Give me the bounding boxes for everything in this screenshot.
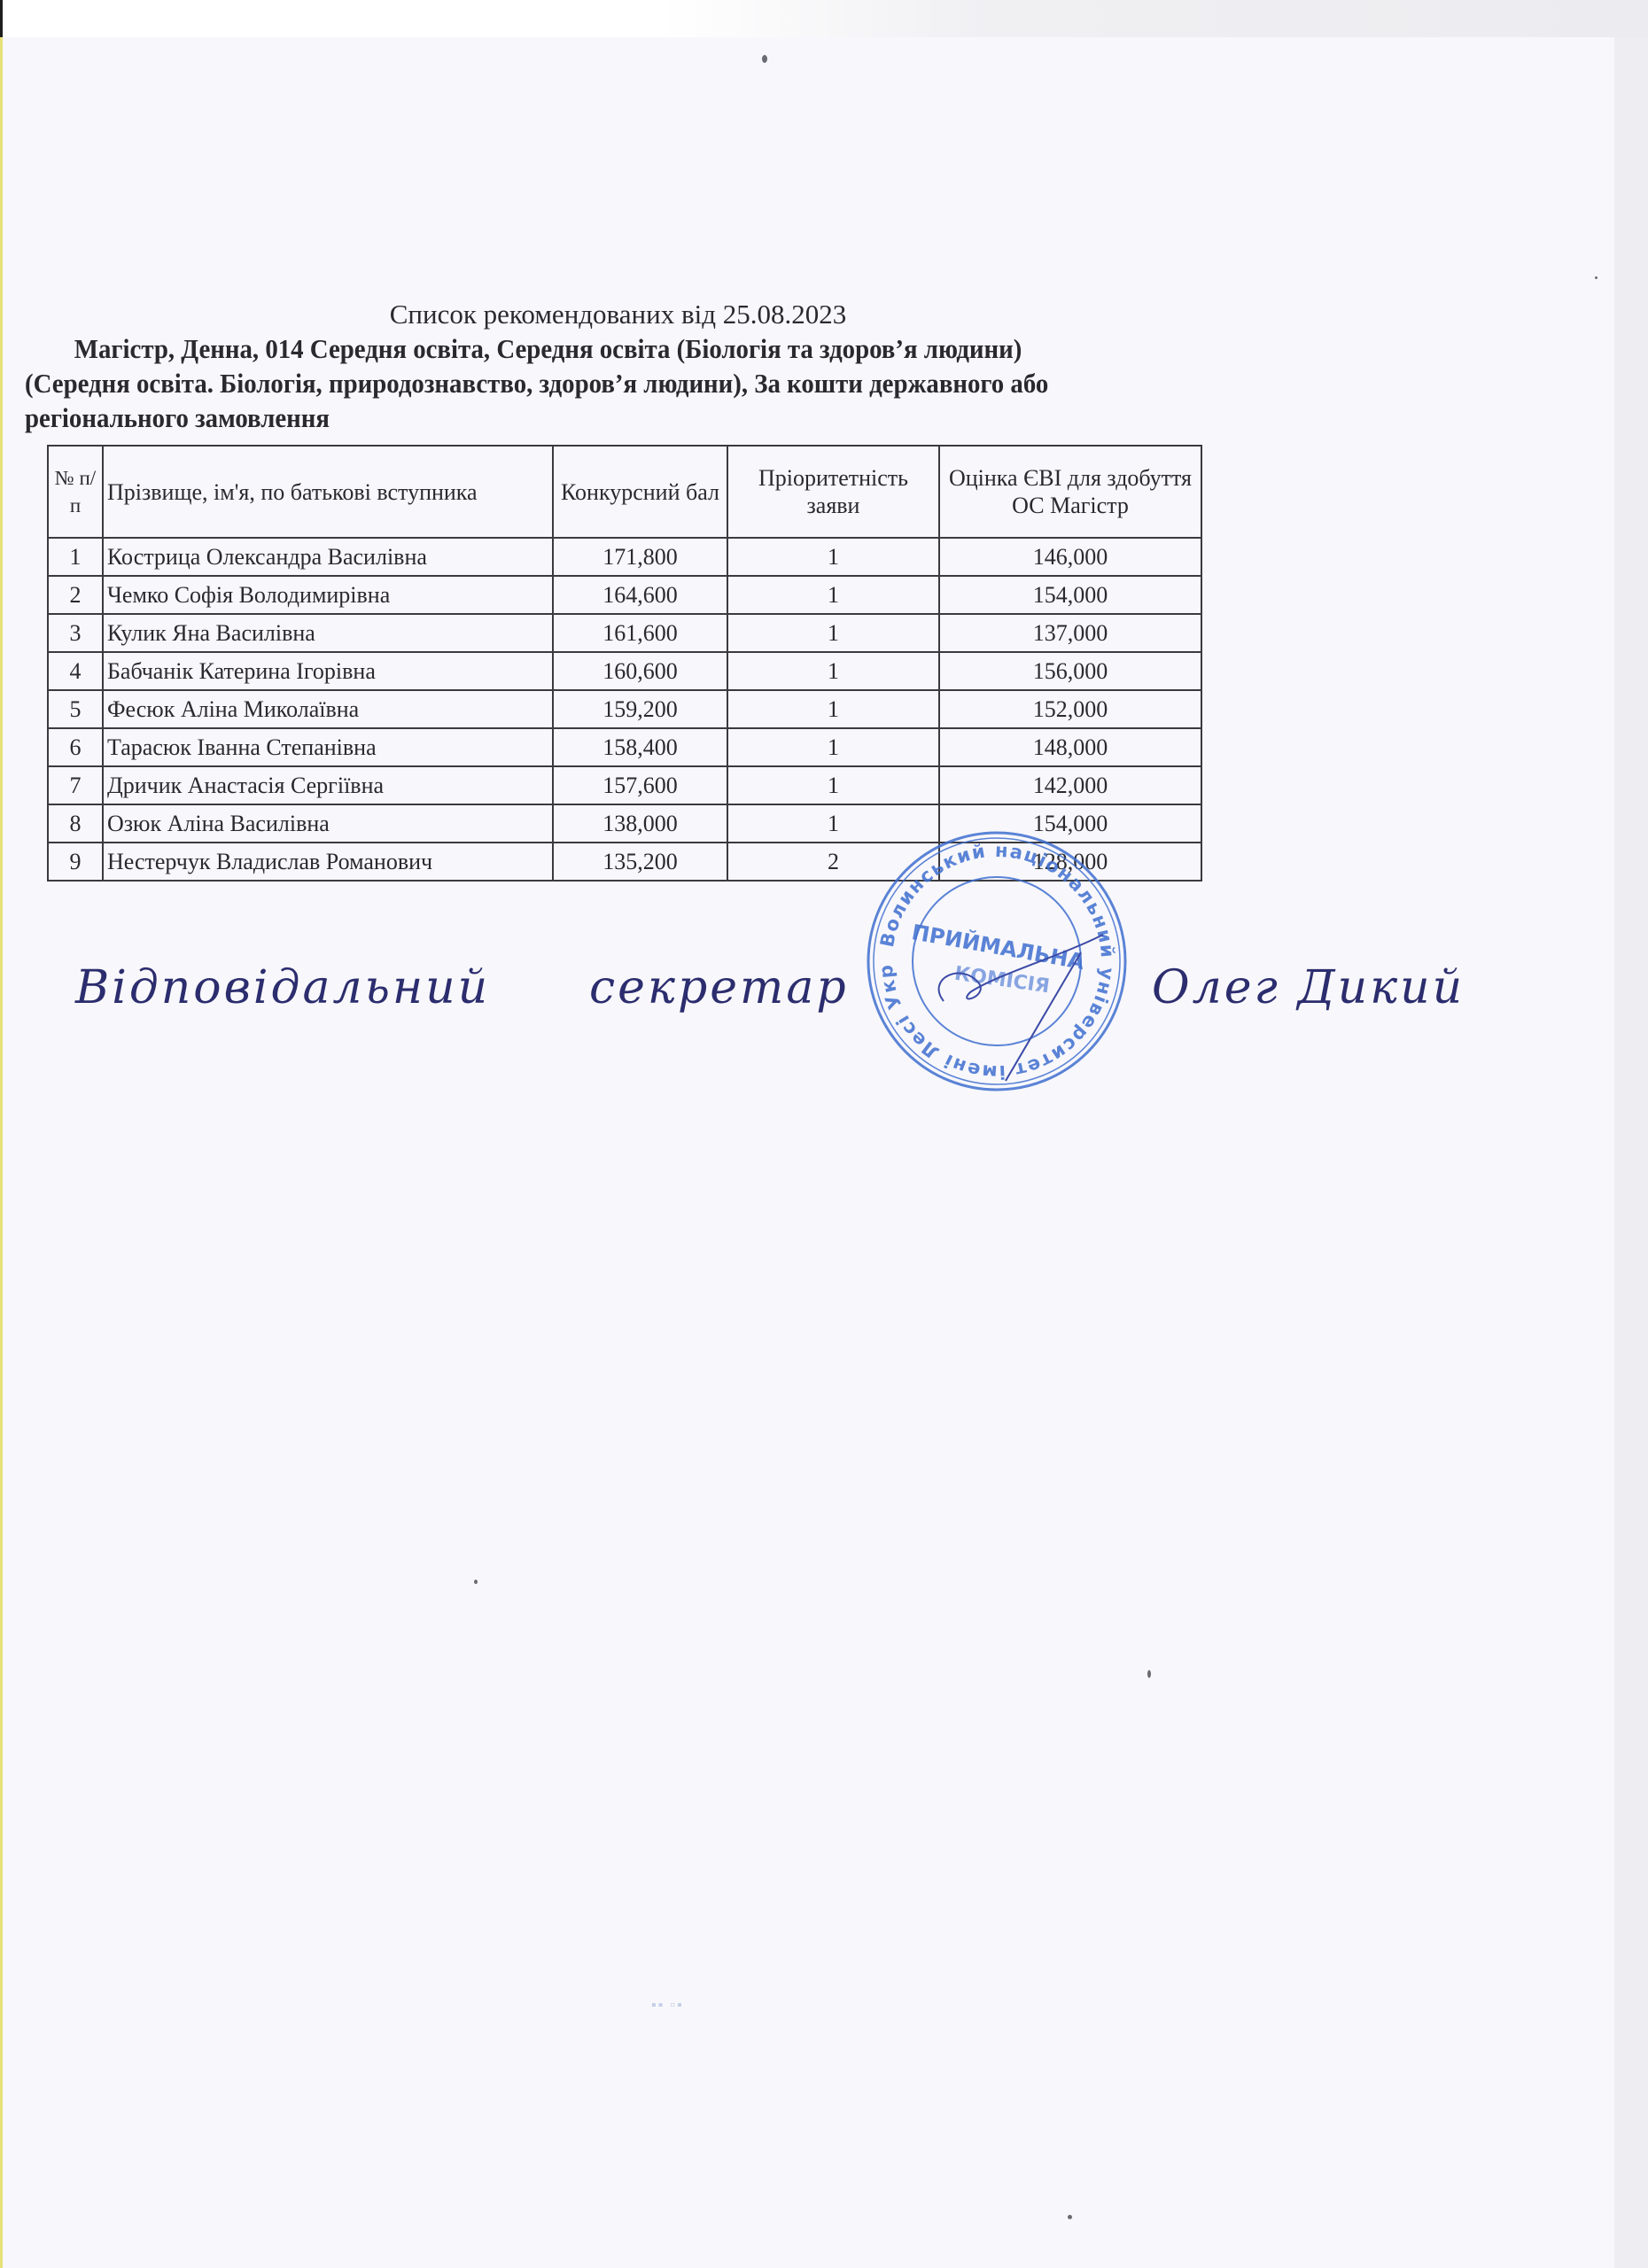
row-score: 171,800 — [553, 538, 727, 576]
row-num: 1 — [48, 538, 103, 576]
row-num: 6 — [48, 728, 103, 766]
header-evi: Оцінка ЄВІ для здобуття ОС Магістр — [939, 446, 1201, 538]
signature-name: Олег Дикий — [1152, 961, 1465, 1014]
signature-title: секретар — [589, 961, 849, 1014]
row-score: 138,000 — [553, 804, 727, 843]
row-score: 161,600 — [553, 614, 727, 652]
row-name: Фесюк Аліна Миколаївна — [103, 690, 553, 728]
row-name: Кострица Олександра Василівна — [103, 538, 553, 576]
table-row: 7Дричик Анастасія Сергіївна157,6001142,0… — [48, 766, 1201, 804]
row-priority: 1 — [727, 614, 939, 652]
row-num: 8 — [48, 804, 103, 843]
row-evi: 152,000 — [939, 690, 1201, 728]
row-score: 164,600 — [553, 576, 727, 614]
row-name: Тарасюк Іванна Степанівна — [103, 728, 553, 766]
row-num: 9 — [48, 843, 103, 881]
row-num: 4 — [48, 652, 103, 690]
table-header-row: № п/п Прізвище, ім'я, по батькові вступн… — [48, 446, 1201, 538]
table-row: 3Кулик Яна Василівна161,6001137,000 — [48, 614, 1201, 652]
stamp-line1: ПРИЙМАЛЬНА — [910, 919, 1087, 975]
row-name: Бабчанік Катерина Ігорівна — [103, 652, 553, 690]
table-row: 1Кострица Олександра Василівна171,800114… — [48, 538, 1201, 576]
signature-line: Відповідальний секретар Олег Дикий — [75, 961, 1511, 1041]
header-num: № п/п — [48, 446, 103, 538]
row-priority: 1 — [727, 766, 939, 804]
scan-speck — [1068, 2215, 1072, 2219]
row-priority: 1 — [727, 728, 939, 766]
row-name: Кулик Яна Василівна — [103, 614, 553, 652]
header-name: Прізвище, ім'я, по батькові вступника — [103, 446, 553, 538]
document-title: Список рекомендованих від 25.08.2023 — [0, 299, 1236, 330]
row-score: 159,200 — [553, 690, 727, 728]
row-evi: 137,000 — [939, 614, 1201, 652]
row-num: 3 — [48, 614, 103, 652]
admissions-stamp-icon: Волинський національний університет імен… — [864, 828, 1130, 1094]
row-score: 135,200 — [553, 843, 727, 881]
table-row: 2Чемко Софія Володимирівна164,6001154,00… — [48, 576, 1201, 614]
row-num: 2 — [48, 576, 103, 614]
row-evi: 146,000 — [939, 538, 1201, 576]
scan-speck — [762, 55, 767, 63]
scan-speck — [1595, 276, 1597, 279]
stamp-line2: КОМІСІЯ — [953, 963, 1051, 998]
row-name: Нестерчук Владислав Романович — [103, 843, 553, 881]
row-name: Озюк Аліна Василівна — [103, 804, 553, 843]
row-score: 158,400 — [553, 728, 727, 766]
signature-role: Відповідальний — [75, 961, 490, 1014]
row-evi: 156,000 — [939, 652, 1201, 690]
row-evi: 148,000 — [939, 728, 1201, 766]
header-priority: Пріоритетність заяви — [727, 446, 939, 538]
scan-speck — [474, 1580, 478, 1584]
scanner-bed-top — [0, 0, 1648, 37]
row-score: 160,600 — [553, 652, 727, 690]
scan-speck — [1147, 1670, 1151, 1678]
scanner-bed-right — [1614, 37, 1648, 2268]
scanner-edge — [0, 0, 3, 39]
row-num: 5 — [48, 690, 103, 728]
row-name: Чемко Софія Володимирівна — [103, 576, 553, 614]
row-name: Дричик Анастасія Сергіївна — [103, 766, 553, 804]
table-row: 6Тарасюк Іванна Степанівна158,4001148,00… — [48, 728, 1201, 766]
row-priority: 1 — [727, 690, 939, 728]
table-row: 4Бабчанік Катерина Ігорівна160,6001156,0… — [48, 652, 1201, 690]
document-subtitle: Магістр, Денна, 014 Середня освіта, Сере… — [25, 331, 1096, 435]
row-score: 157,600 — [553, 766, 727, 804]
table-row: 5Фесюк Аліна Миколаївна159,2001152,000 — [48, 690, 1201, 728]
faint-ink-mark: ▪▪ ▫▪ — [651, 1998, 713, 2014]
row-priority: 1 — [727, 538, 939, 576]
header-score: Конкурсний бал — [553, 446, 727, 538]
row-evi: 154,000 — [939, 576, 1201, 614]
row-evi: 142,000 — [939, 766, 1201, 804]
row-num: 7 — [48, 766, 103, 804]
row-priority: 1 — [727, 652, 939, 690]
recommended-list-table: № п/п Прізвище, ім'я, по батькові вступн… — [47, 445, 1202, 882]
row-priority: 1 — [727, 576, 939, 614]
